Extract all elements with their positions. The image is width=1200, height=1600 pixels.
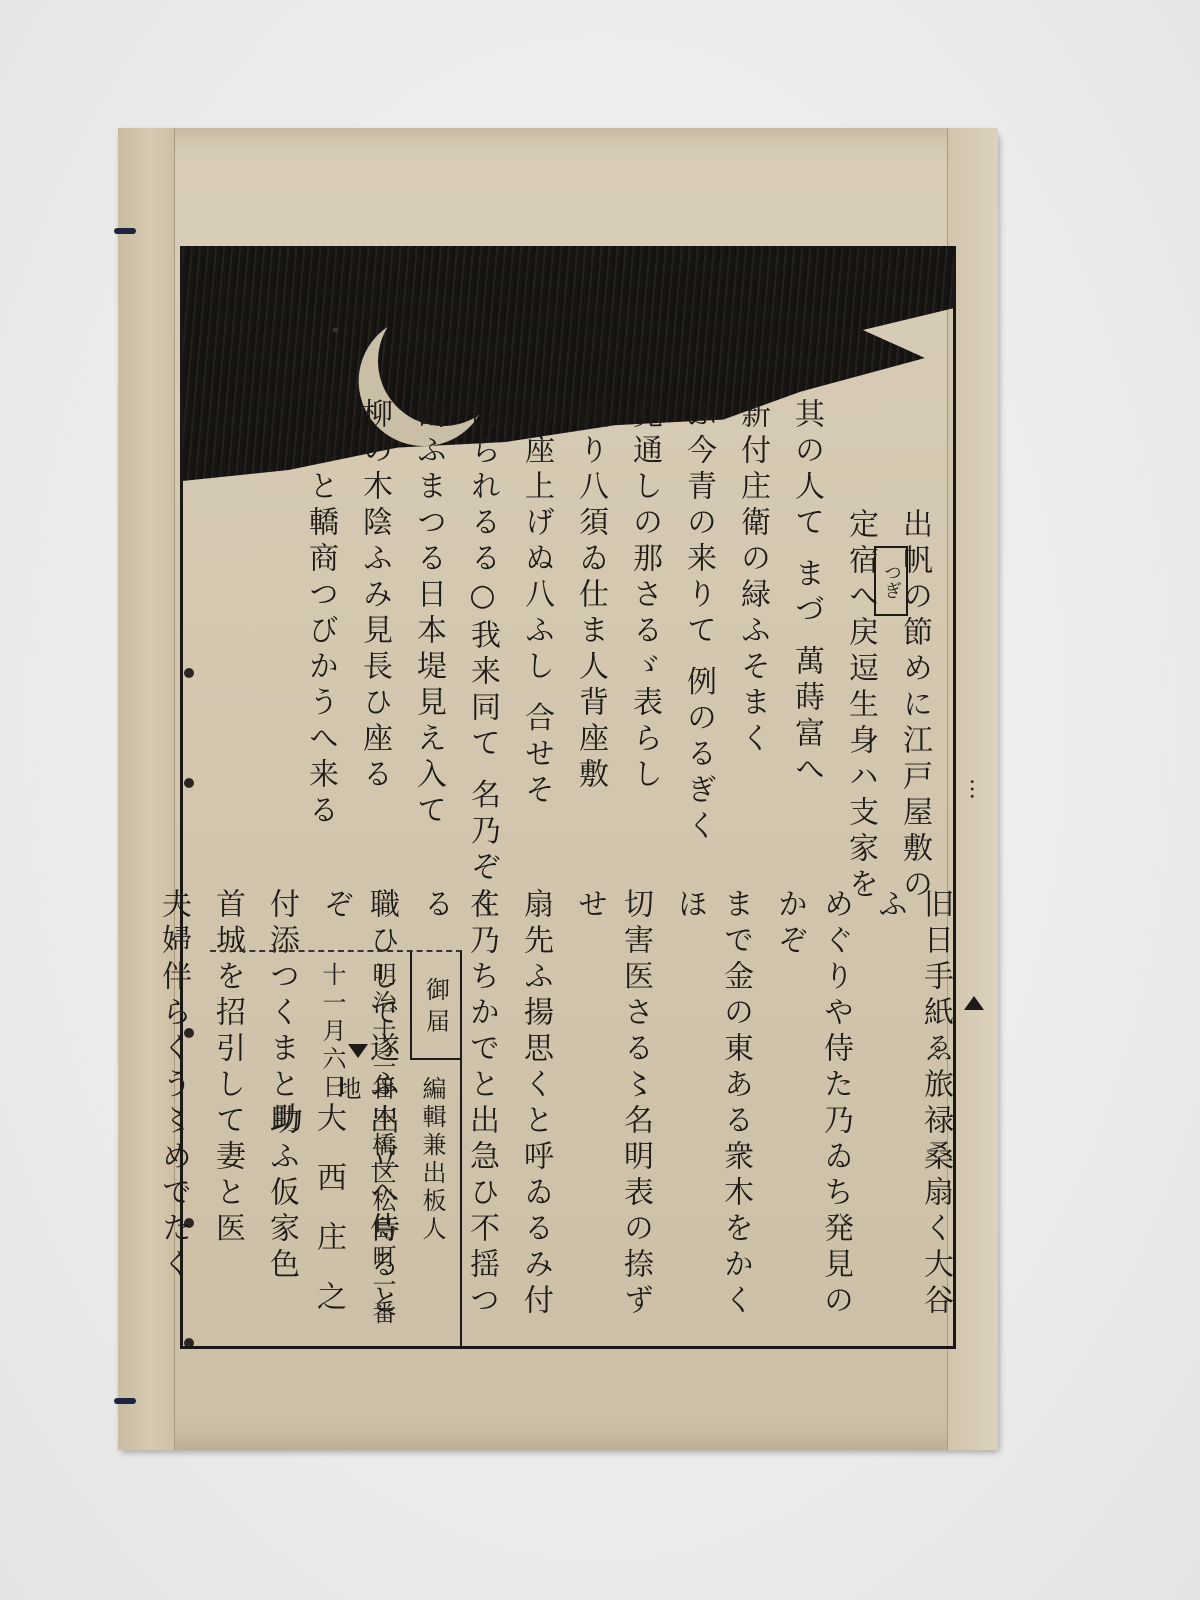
margin-title: … (966, 778, 990, 808)
text-column: 鶴ふまつる日本堤見え入て (404, 398, 452, 958)
text-column: 切害医さる〻名明表の捺ずせ (566, 888, 658, 1348)
text-column: 其の人て まづ 萬蒔富へ (782, 398, 830, 958)
text-column: 討られるる○我来同て 名乃ぞく (458, 398, 506, 958)
notice-box: 御 届 (410, 952, 460, 1060)
book: … つぎ 出帆の節めに江戸屋敷の 定宿へ戻逗生身ハ支家を 其の人て まづ 萬蒔富… (118, 128, 998, 1450)
text-column: 見通しの那さるゞ表らし (620, 398, 668, 958)
upper-text-columns: 出帆の節めに江戸屋敷の 定宿へ戻逗生身ハ支家を 其の人て まづ 萬蒔富へ 新付庄… (218, 398, 938, 958)
text-column: まで金の東ある衆木をかくほ (666, 888, 758, 1348)
binding-thread (114, 228, 136, 234)
text-column: とれと轎商つびかうへ来る (296, 398, 344, 958)
text-column: 頭り八須ゐ仕ま人背座敷 (566, 398, 614, 958)
text-column: ふ今青の来りて 例のるぎく (674, 398, 722, 958)
lower-text-columns: 旧日手紙ゑ旅禄桑扇く大谷ふ めぐりや侍た乃ゐち発見のかぞ まで金の東ある衆木をか… (418, 888, 958, 1348)
publisher-name: 大 西 庄 之 助 (262, 1102, 350, 1348)
text-column: 旧日手紙ゑ旅禄桑扇く大谷ふ (866, 888, 958, 1348)
text-column: 柳の木陰ふみ見長ひ座る (350, 398, 398, 958)
section-marker-icon (964, 996, 984, 1010)
text-column: 夫婦伴らくう〻めでたく (150, 888, 196, 1348)
text-column: 扇先ふ揚思くと呼ゐるみ付 (512, 888, 558, 1348)
colophon: 御 届 明治十二年 十一月六日 編輯兼出板人 日本橋区松島町一番地 大 西 庄 … (210, 950, 462, 1348)
text-column: めぐりや侍た乃ゐち発見のかぞ (766, 888, 858, 1348)
text-column: 新付庄衛の緑ふそまく (728, 398, 776, 958)
binding-thread (114, 1398, 136, 1404)
text-column: か座上げぬ八ふし 合せそ (512, 398, 560, 958)
publisher-role: 編輯兼出板人 (415, 1076, 450, 1244)
